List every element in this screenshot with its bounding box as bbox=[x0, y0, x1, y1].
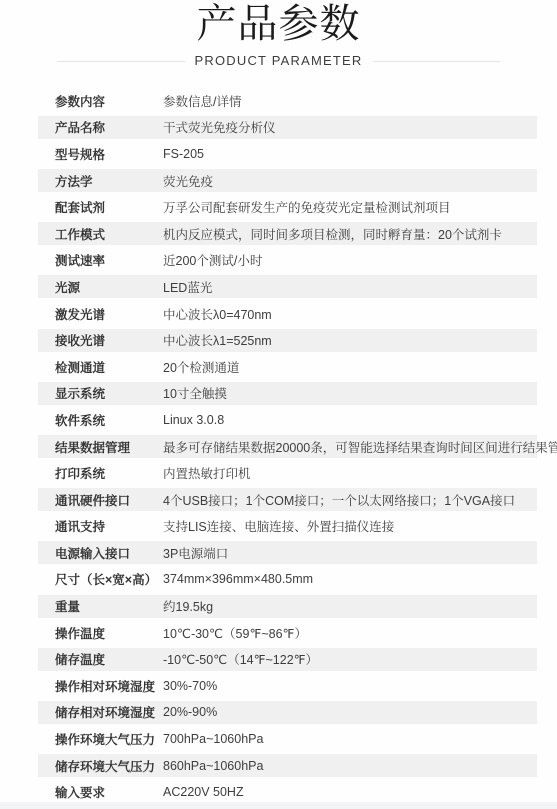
table-row: 结果数据管理 最多可存储结果数据20000条，可智能选择结果查询时间区间进行结果… bbox=[38, 433, 537, 460]
row-label: 显示系统 bbox=[38, 384, 163, 402]
row-label: 重量 bbox=[38, 597, 163, 615]
table-row: 储存温度 -10℃-50℃（14℉~122℉） bbox=[38, 646, 537, 673]
table-row: 激发光谱 中心波长λ0=470nm bbox=[38, 300, 537, 327]
row-value: Linux 3.0.8 bbox=[163, 413, 224, 427]
row-value: 干式荧光免疫分析仪 bbox=[163, 118, 276, 136]
row-label: 储存相对环境湿度 bbox=[38, 703, 163, 721]
table-row: 型号规格 FS-205 bbox=[38, 141, 537, 168]
row-label: 接收光谱 bbox=[38, 331, 163, 349]
table-row: 重量 约19.5kg bbox=[38, 593, 537, 620]
row-value: 20%-90% bbox=[163, 705, 217, 719]
row-label: 参数内容 bbox=[38, 92, 163, 110]
page-title: 产品参数 bbox=[0, 0, 557, 47]
row-value: 10℃-30℃（59℉~86℉） bbox=[163, 624, 307, 642]
row-label: 激发光谱 bbox=[38, 305, 163, 323]
row-label: 检测通道 bbox=[38, 358, 163, 376]
footer-strip bbox=[0, 802, 557, 809]
row-label: 操作温度 bbox=[38, 624, 163, 642]
table-row: 方法学 荧光免疫 bbox=[38, 167, 537, 194]
table-row: 接收光谱 中心波长λ1=525nm bbox=[38, 327, 537, 354]
row-label: 软件系统 bbox=[38, 411, 163, 429]
parameter-table: 参数内容 参数信息/详情 产品名称 干式荧光免疫分析仪 型号规格 FS-205 … bbox=[38, 88, 537, 806]
row-value: 10寸全触摸 bbox=[163, 384, 227, 402]
table-row: 检测通道 20个检测通道 bbox=[38, 353, 537, 380]
table-row: 电源输入接口 3P电源端口 bbox=[38, 540, 537, 567]
row-value: 约19.5kg bbox=[163, 597, 213, 615]
row-label: 通讯硬件接口 bbox=[38, 491, 163, 509]
row-value: 机内反应模式，同时间多项目检测，同时孵育量：20个试剂卡 bbox=[163, 225, 502, 243]
row-label: 型号规格 bbox=[38, 145, 163, 163]
table-row: 操作相对环境湿度 30%-70% bbox=[38, 673, 537, 700]
row-value: 中心波长λ0=470nm bbox=[163, 305, 272, 323]
row-label: 结果数据管理 bbox=[38, 438, 163, 456]
row-value: 支持LIS连接、电脑连接、外置扫描仪连接 bbox=[163, 517, 394, 535]
row-label: 工作模式 bbox=[38, 225, 163, 243]
row-label: 方法学 bbox=[38, 172, 163, 190]
page-subtitle-row: PRODUCT PARAMETER bbox=[57, 52, 500, 70]
row-value: 最多可存储结果数据20000条，可智能选择结果查询时间区间进行结果管理 bbox=[163, 438, 557, 456]
row-label: 电源输入接口 bbox=[38, 544, 163, 562]
table-row: 操作环境大气压力 700hPa~1060hPa bbox=[38, 726, 537, 753]
row-value: 内置热敏打印机 bbox=[163, 464, 251, 482]
table-row: 光源 LED蓝光 bbox=[38, 274, 537, 301]
subtitle-divider-right bbox=[373, 61, 501, 62]
table-row: 配套试剂 万孚公司配套研发生产的免疫荧光定量检测试剂项目 bbox=[38, 194, 537, 221]
row-value: 860hPa~1060hPa bbox=[163, 759, 263, 773]
row-label: 储存温度 bbox=[38, 650, 163, 668]
row-label: 打印系统 bbox=[38, 464, 163, 482]
row-value: LED蓝光 bbox=[163, 278, 212, 296]
table-row: 通讯硬件接口 4个USB接口；1个COM接口；一个以太网络接口；1个VGA接口 bbox=[38, 486, 537, 513]
table-row: 测试速率 近200个测试/小时 bbox=[38, 247, 537, 274]
row-label: 产品名称 bbox=[38, 118, 163, 136]
row-label: 尺寸（长×宽×高） bbox=[38, 570, 163, 588]
subtitle-divider-left bbox=[57, 61, 185, 62]
row-label: 配套试剂 bbox=[38, 198, 163, 216]
row-label: 测试速率 bbox=[38, 251, 163, 269]
row-value: 20个检测通道 bbox=[163, 358, 239, 376]
table-row: 软件系统 Linux 3.0.8 bbox=[38, 407, 537, 434]
table-row: 参数内容 参数信息/详情 bbox=[38, 88, 537, 115]
row-value: AC220V 50HZ bbox=[163, 785, 244, 799]
row-label: 操作环境大气压力 bbox=[38, 730, 163, 748]
table-row: 操作温度 10℃-30℃（59℉~86℉） bbox=[38, 619, 537, 646]
row-value: 中心波长λ1=525nm bbox=[163, 331, 272, 349]
table-row: 显示系统 10寸全触摸 bbox=[38, 380, 537, 407]
table-row: 储存环境大气压力 860hPa~1060hPa bbox=[38, 752, 537, 779]
row-label: 储存环境大气压力 bbox=[38, 757, 163, 775]
product-parameter-page: 产品参数 PRODUCT PARAMETER 参数内容 参数信息/详情 产品名称… bbox=[0, 0, 557, 809]
table-row: 产品名称 干式荧光免疫分析仪 bbox=[38, 114, 537, 141]
row-label: 光源 bbox=[38, 278, 163, 296]
page-subtitle: PRODUCT PARAMETER bbox=[195, 52, 363, 70]
row-label: 输入要求 bbox=[38, 783, 163, 801]
row-value: 万孚公司配套研发生产的免疫荧光定量检测试剂项目 bbox=[163, 198, 451, 216]
row-value: 近200个测试/小时 bbox=[163, 251, 262, 269]
row-value: 4个USB接口；1个COM接口；一个以太网络接口；1个VGA接口 bbox=[163, 491, 515, 509]
table-row: 工作模式 机内反应模式，同时间多项目检测，同时孵育量：20个试剂卡 bbox=[38, 220, 537, 247]
row-value: 荧光免疫 bbox=[163, 172, 213, 190]
row-value: 700hPa~1060hPa bbox=[163, 732, 263, 746]
row-value: FS-205 bbox=[163, 147, 204, 161]
row-value: 30%-70% bbox=[163, 679, 217, 693]
row-label: 操作相对环境湿度 bbox=[38, 677, 163, 695]
row-value: 3P电源端口 bbox=[163, 544, 228, 562]
row-value: 374mm×396mm×480.5mm bbox=[163, 572, 313, 586]
table-row: 储存相对环境湿度 20%-90% bbox=[38, 699, 537, 726]
table-row: 通讯支持 支持LIS连接、电脑连接、外置扫描仪连接 bbox=[38, 513, 537, 540]
table-row: 尺寸（长×宽×高） 374mm×396mm×480.5mm bbox=[38, 566, 537, 593]
row-value: 参数信息/详情 bbox=[163, 92, 241, 110]
row-value: -10℃-50℃（14℉~122℉） bbox=[163, 650, 318, 668]
row-label: 通讯支持 bbox=[38, 517, 163, 535]
table-row: 打印系统 内置热敏打印机 bbox=[38, 460, 537, 487]
